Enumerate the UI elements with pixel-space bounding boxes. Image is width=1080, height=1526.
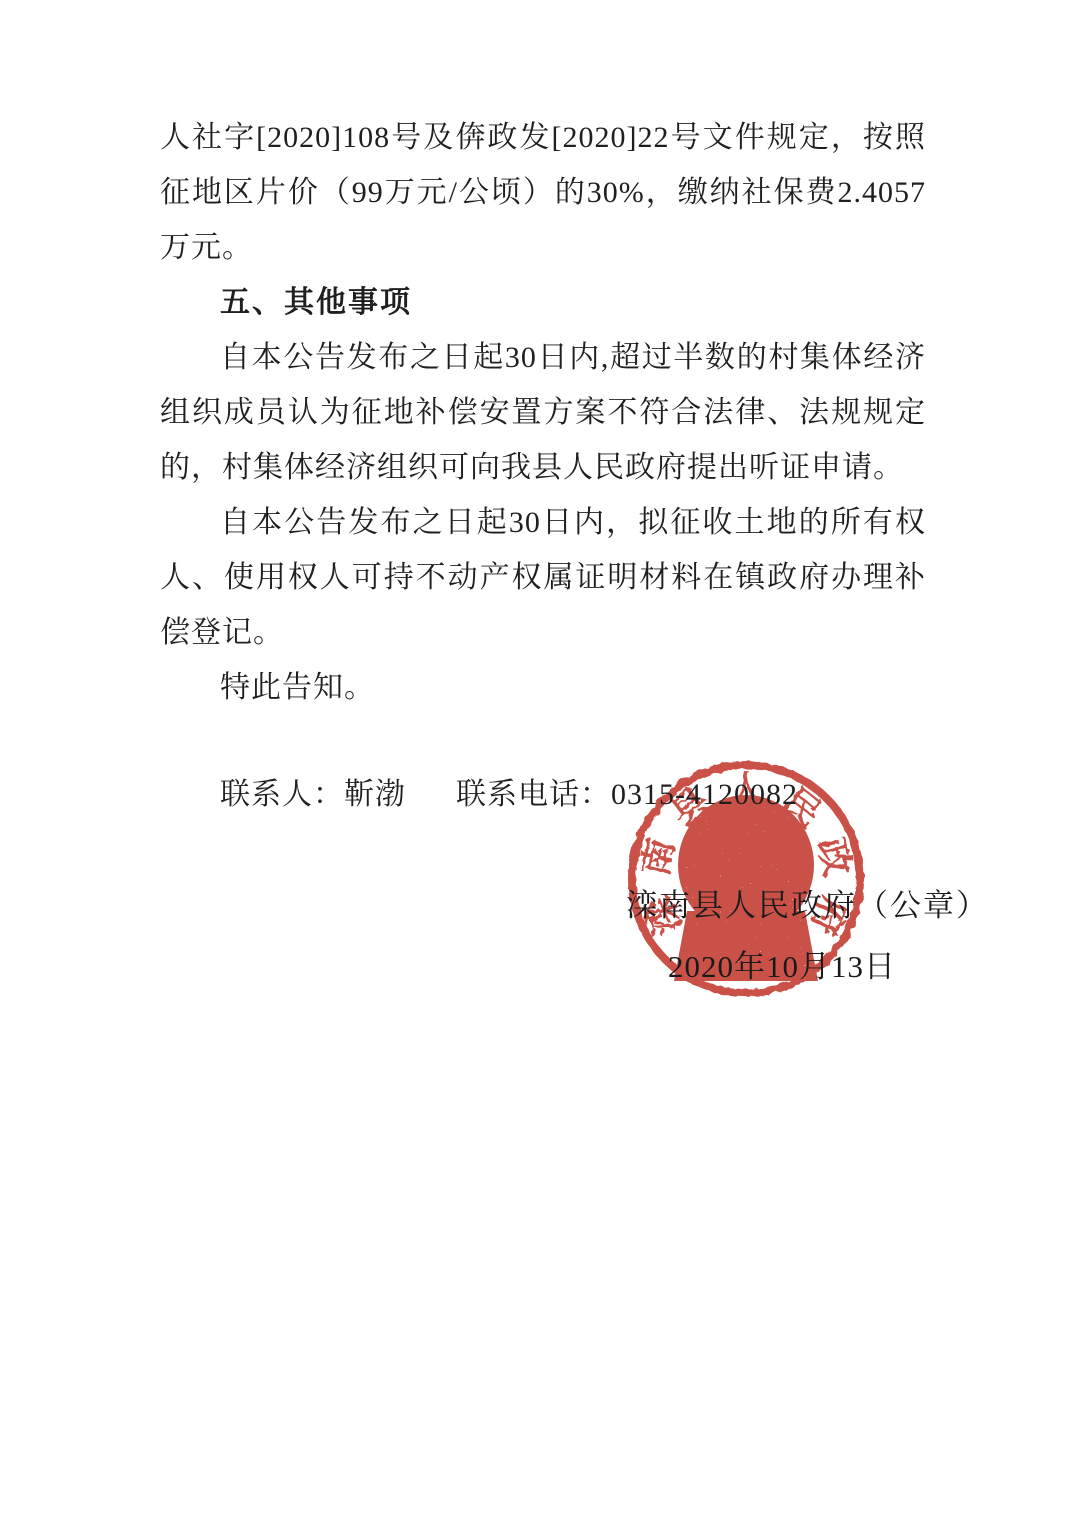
signature-issuer: 滦南县人民政府（公章） [626,880,989,925]
document-page: 滦 南 县 人 民 政 府 人社字[2020]108号及倴政发[2020]22号… [0,0,1080,1526]
contact-person-label: 联系人： [220,778,344,811]
paragraph: 自本公告发布之日起30日内,超过半数的村集体经济组织成员认为征地补偿安置方案不符… [160,330,926,495]
paragraph: 特此告知。 [160,660,926,715]
seal-char: 南 [634,834,684,880]
contact-phone-number: 0315-4120082 [611,778,798,811]
seal-char: 政 [808,834,858,880]
contact-phone-label: 联系电话： [456,778,611,811]
paragraph-continuation: 人社字[2020]108号及倴政发[2020]22号文件规定，按照征地区片价（9… [160,110,926,275]
contact-person-name: 靳渤 [344,778,406,811]
section-heading: 五、其他事项 [160,275,926,330]
contact-line: 联系人：靳渤联系电话：0315-4120082 [160,767,926,822]
document-body: 人社字[2020]108号及倴政发[2020]22号文件规定，按照征地区片价（9… [160,110,926,822]
signature-date: 2020年10月13日 [668,941,896,986]
paragraph: 自本公告发布之日起30日内，拟征收土地的所有权人、使用权人可持不动产权属证明材料… [160,495,926,660]
